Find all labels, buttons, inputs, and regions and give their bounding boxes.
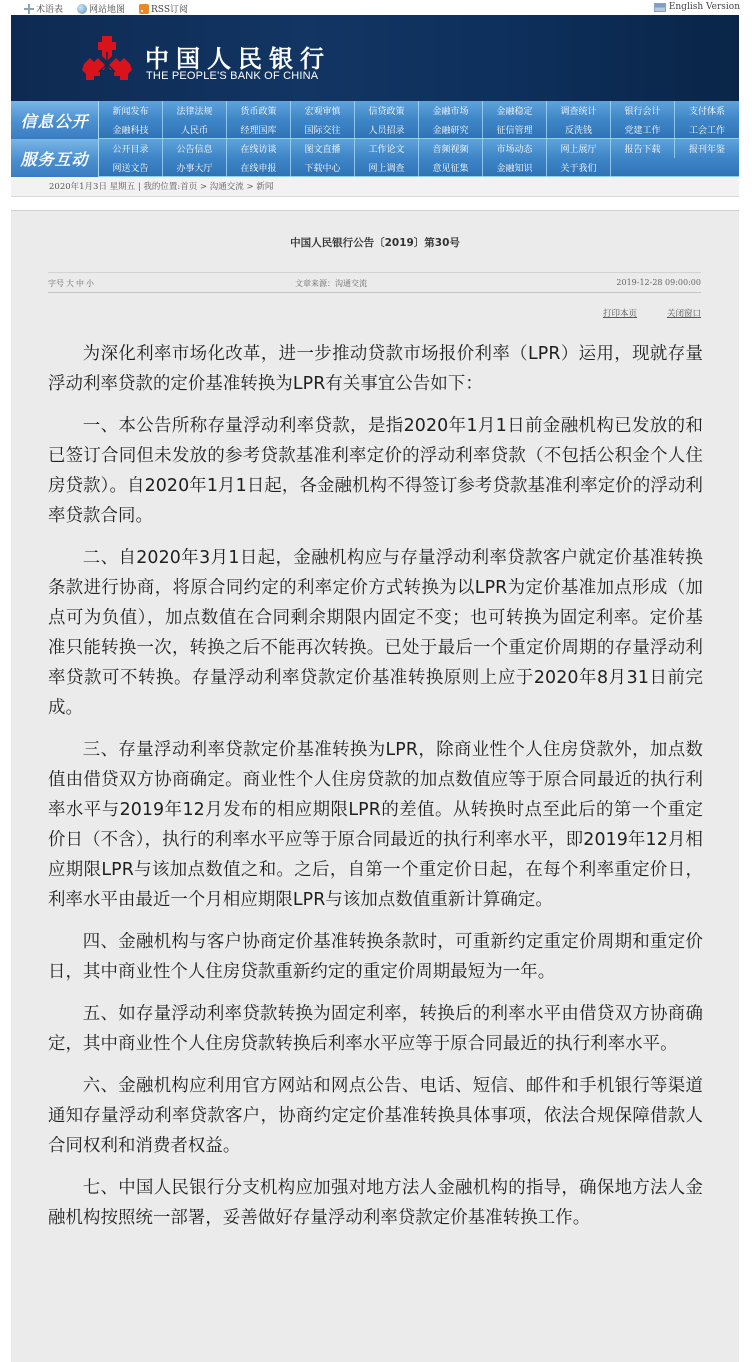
nav-item[interactable]: 网送文告 bbox=[99, 158, 163, 177]
nav-item[interactable]: 在线申报 bbox=[227, 158, 291, 177]
pboc-logo-icon bbox=[80, 34, 134, 84]
glossary-label: 术语表 bbox=[36, 2, 63, 15]
nav-item[interactable]: 图文直播 bbox=[291, 139, 355, 158]
article-body: 为深化利率市场化改革，进一步推动贷款市场报价利率（LPR）运用，现就存量浮动利率… bbox=[48, 339, 703, 1245]
nav-item[interactable]: 调查统计 bbox=[547, 101, 611, 120]
article-paragraph: 七、中国人民银行分支机构应加强对地方法人金融机构的指导，确保地方法人金融机构按照… bbox=[48, 1173, 703, 1233]
utility-links: 术语表 网站地图 RSS订阅 bbox=[24, 2, 188, 15]
article-paragraph: 为深化利率市场化改革，进一步推动贷款市场报价利率（LPR）运用，现就存量浮动利率… bbox=[48, 339, 703, 399]
nav-item[interactable]: 金融稳定 bbox=[483, 101, 547, 120]
article-paragraph: 五、如存量浮动利率贷款转换为固定利率，转换后的利率水平由借贷双方协商确定，其中商… bbox=[48, 999, 703, 1059]
nav-section-title[interactable]: 服务互动 bbox=[11, 139, 99, 177]
nav-item[interactable]: 在线访谈 bbox=[227, 139, 291, 158]
nav-item[interactable]: 法律法规 bbox=[163, 101, 227, 120]
glossary-link[interactable]: 术语表 bbox=[24, 2, 63, 15]
nav-item[interactable]: 工会工作 bbox=[675, 120, 739, 139]
nav-item[interactable]: 公开目录 bbox=[99, 139, 163, 158]
nav-item[interactable]: 音频视频 bbox=[419, 139, 483, 158]
article-paragraph: 二、自2020年3月1日起，金融机构应与存量浮动利率贷款客户就定价基准转换条款进… bbox=[48, 543, 703, 723]
nav-item[interactable]: 公告信息 bbox=[163, 139, 227, 158]
nav-item[interactable]: 信贷政策 bbox=[355, 101, 419, 120]
nav-item-empty bbox=[611, 158, 675, 177]
article-meta-bar: 字号大中小 文章来源：沟通交流 2019-12-28 09:00:00 bbox=[48, 272, 701, 293]
nav-item[interactable]: 货币政策 bbox=[227, 101, 291, 120]
nav-item[interactable]: 反洗钱 bbox=[547, 120, 611, 139]
nav-item[interactable]: 宏观审慎 bbox=[291, 101, 355, 120]
nav-item[interactable]: 办事大厅 bbox=[163, 158, 227, 177]
font-size-label: 字号 bbox=[48, 279, 64, 288]
nav-item[interactable]: 经理国库 bbox=[227, 120, 291, 139]
nav-item[interactable]: 金融市场 bbox=[419, 101, 483, 120]
english-flag-icon bbox=[654, 3, 666, 12]
nav-item[interactable]: 报告下载 bbox=[611, 139, 675, 158]
nav-item[interactable]: 网上调查 bbox=[355, 158, 419, 177]
nav-item[interactable]: 党建工作 bbox=[611, 120, 675, 139]
nav-section-service-interaction: 服务互动 公开目录 公告信息 在线访谈 图文直播 工作论文 音频视频 市场动态 … bbox=[11, 139, 739, 177]
nav-item[interactable]: 征信管理 bbox=[483, 120, 547, 139]
globe-icon bbox=[77, 4, 87, 14]
nav-item[interactable]: 下载中心 bbox=[291, 158, 355, 177]
article-paragraph: 一、本公告所称存量浮动利率贷款，是指2020年1月1日前金融机构已发放的和已签订… bbox=[48, 411, 703, 531]
font-size-medium[interactable]: 中 bbox=[76, 279, 84, 288]
brand-name-cn: 中国人民银行 bbox=[145, 39, 331, 74]
nav-item[interactable]: 关于我们 bbox=[547, 158, 611, 177]
top-utility-bar: 术语表 网站地图 RSS订阅 English Version bbox=[0, 0, 752, 15]
nav-item[interactable]: 银行会计 bbox=[611, 101, 675, 120]
font-size-small[interactable]: 小 bbox=[86, 279, 94, 288]
english-version-label: English Version bbox=[669, 2, 740, 12]
nav-item[interactable]: 金融知识 bbox=[483, 158, 547, 177]
close-window-link[interactable]: 关闭窗口 bbox=[667, 307, 701, 319]
rss-label: RSS订阅 bbox=[151, 2, 188, 15]
main-navigation: 信息公开 新闻发布 法律法规 货币政策 宏观审慎 信贷政策 金融市场 金融稳定 … bbox=[11, 101, 739, 177]
rss-icon bbox=[139, 4, 149, 14]
brand-name-en: THE PEOPLE'S BANK OF CHINA bbox=[146, 70, 318, 82]
nav-item[interactable]: 网上展厅 bbox=[547, 139, 611, 158]
article-panel: 中国人民银行公告〔2019〕第30号 字号大中小 文章来源：沟通交流 2019-… bbox=[11, 210, 739, 1362]
nav-item[interactable]: 金融研究 bbox=[419, 120, 483, 139]
article-paragraph: 六、金融机构应利用官方网站和网点公告、电话、短信、邮件和手机银行等渠道通知存量浮… bbox=[48, 1071, 703, 1161]
article-date: 2019-12-28 09:00:00 bbox=[616, 278, 701, 287]
glossary-icon bbox=[24, 4, 34, 14]
sitemap-link[interactable]: 网站地图 bbox=[77, 2, 125, 15]
english-version-link[interactable]: English Version bbox=[654, 2, 740, 12]
nav-section-title[interactable]: 信息公开 bbox=[11, 101, 99, 139]
sitemap-label: 网站地图 bbox=[89, 2, 125, 15]
nav-items-grid: 新闻发布 法律法规 货币政策 宏观审慎 信贷政策 金融市场 金融稳定 调查统计 … bbox=[99, 101, 739, 138]
print-page-link[interactable]: 打印本页 bbox=[603, 307, 637, 319]
nav-item-empty bbox=[675, 158, 739, 177]
article-title: 中国人民银行公告〔2019〕第30号 bbox=[11, 235, 739, 250]
nav-item[interactable]: 意见征集 bbox=[419, 158, 483, 177]
nav-items-grid: 公开目录 公告信息 在线访谈 图文直播 工作论文 音频视频 市场动态 网上展厅 … bbox=[99, 139, 739, 176]
nav-item[interactable]: 人员招录 bbox=[355, 120, 419, 139]
nav-item[interactable]: 国际交往 bbox=[291, 120, 355, 139]
article-paragraph: 三、存量浮动利率贷款定价基准转换为LPR，除商业性个人住房贷款外，加点数值由借贷… bbox=[48, 735, 703, 915]
article-paragraph: 四、金融机构与客户协商定价基准转换条款时，可重新约定重定价周期和重定价日，其中商… bbox=[48, 927, 703, 987]
breadcrumb: 2020年1月3日 星期五 | 我的位置:首页 > 沟通交流 > 新闻 bbox=[11, 177, 739, 197]
font-size-controls: 字号大中小 bbox=[48, 278, 94, 289]
nav-item[interactable]: 金融科技 bbox=[99, 120, 163, 139]
nav-item[interactable]: 市场动态 bbox=[483, 139, 547, 158]
article-source: 文章来源：沟通交流 bbox=[295, 278, 367, 289]
rss-link[interactable]: RSS订阅 bbox=[139, 2, 188, 15]
nav-item[interactable]: 支付体系 bbox=[675, 101, 739, 120]
font-size-large[interactable]: 大 bbox=[66, 279, 74, 288]
nav-item[interactable]: 工作论文 bbox=[355, 139, 419, 158]
article-actions: 打印本页 关闭窗口 bbox=[603, 307, 701, 319]
nav-section-info-disclosure: 信息公开 新闻发布 法律法规 货币政策 宏观审慎 信贷政策 金融市场 金融稳定 … bbox=[11, 101, 739, 139]
nav-item[interactable]: 人民币 bbox=[163, 120, 227, 139]
nav-item[interactable]: 报刊年鉴 bbox=[675, 139, 739, 158]
site-banner: 中国人民银行 THE PEOPLE'S BANK OF CHINA bbox=[11, 15, 739, 101]
nav-item[interactable]: 新闻发布 bbox=[99, 101, 163, 120]
